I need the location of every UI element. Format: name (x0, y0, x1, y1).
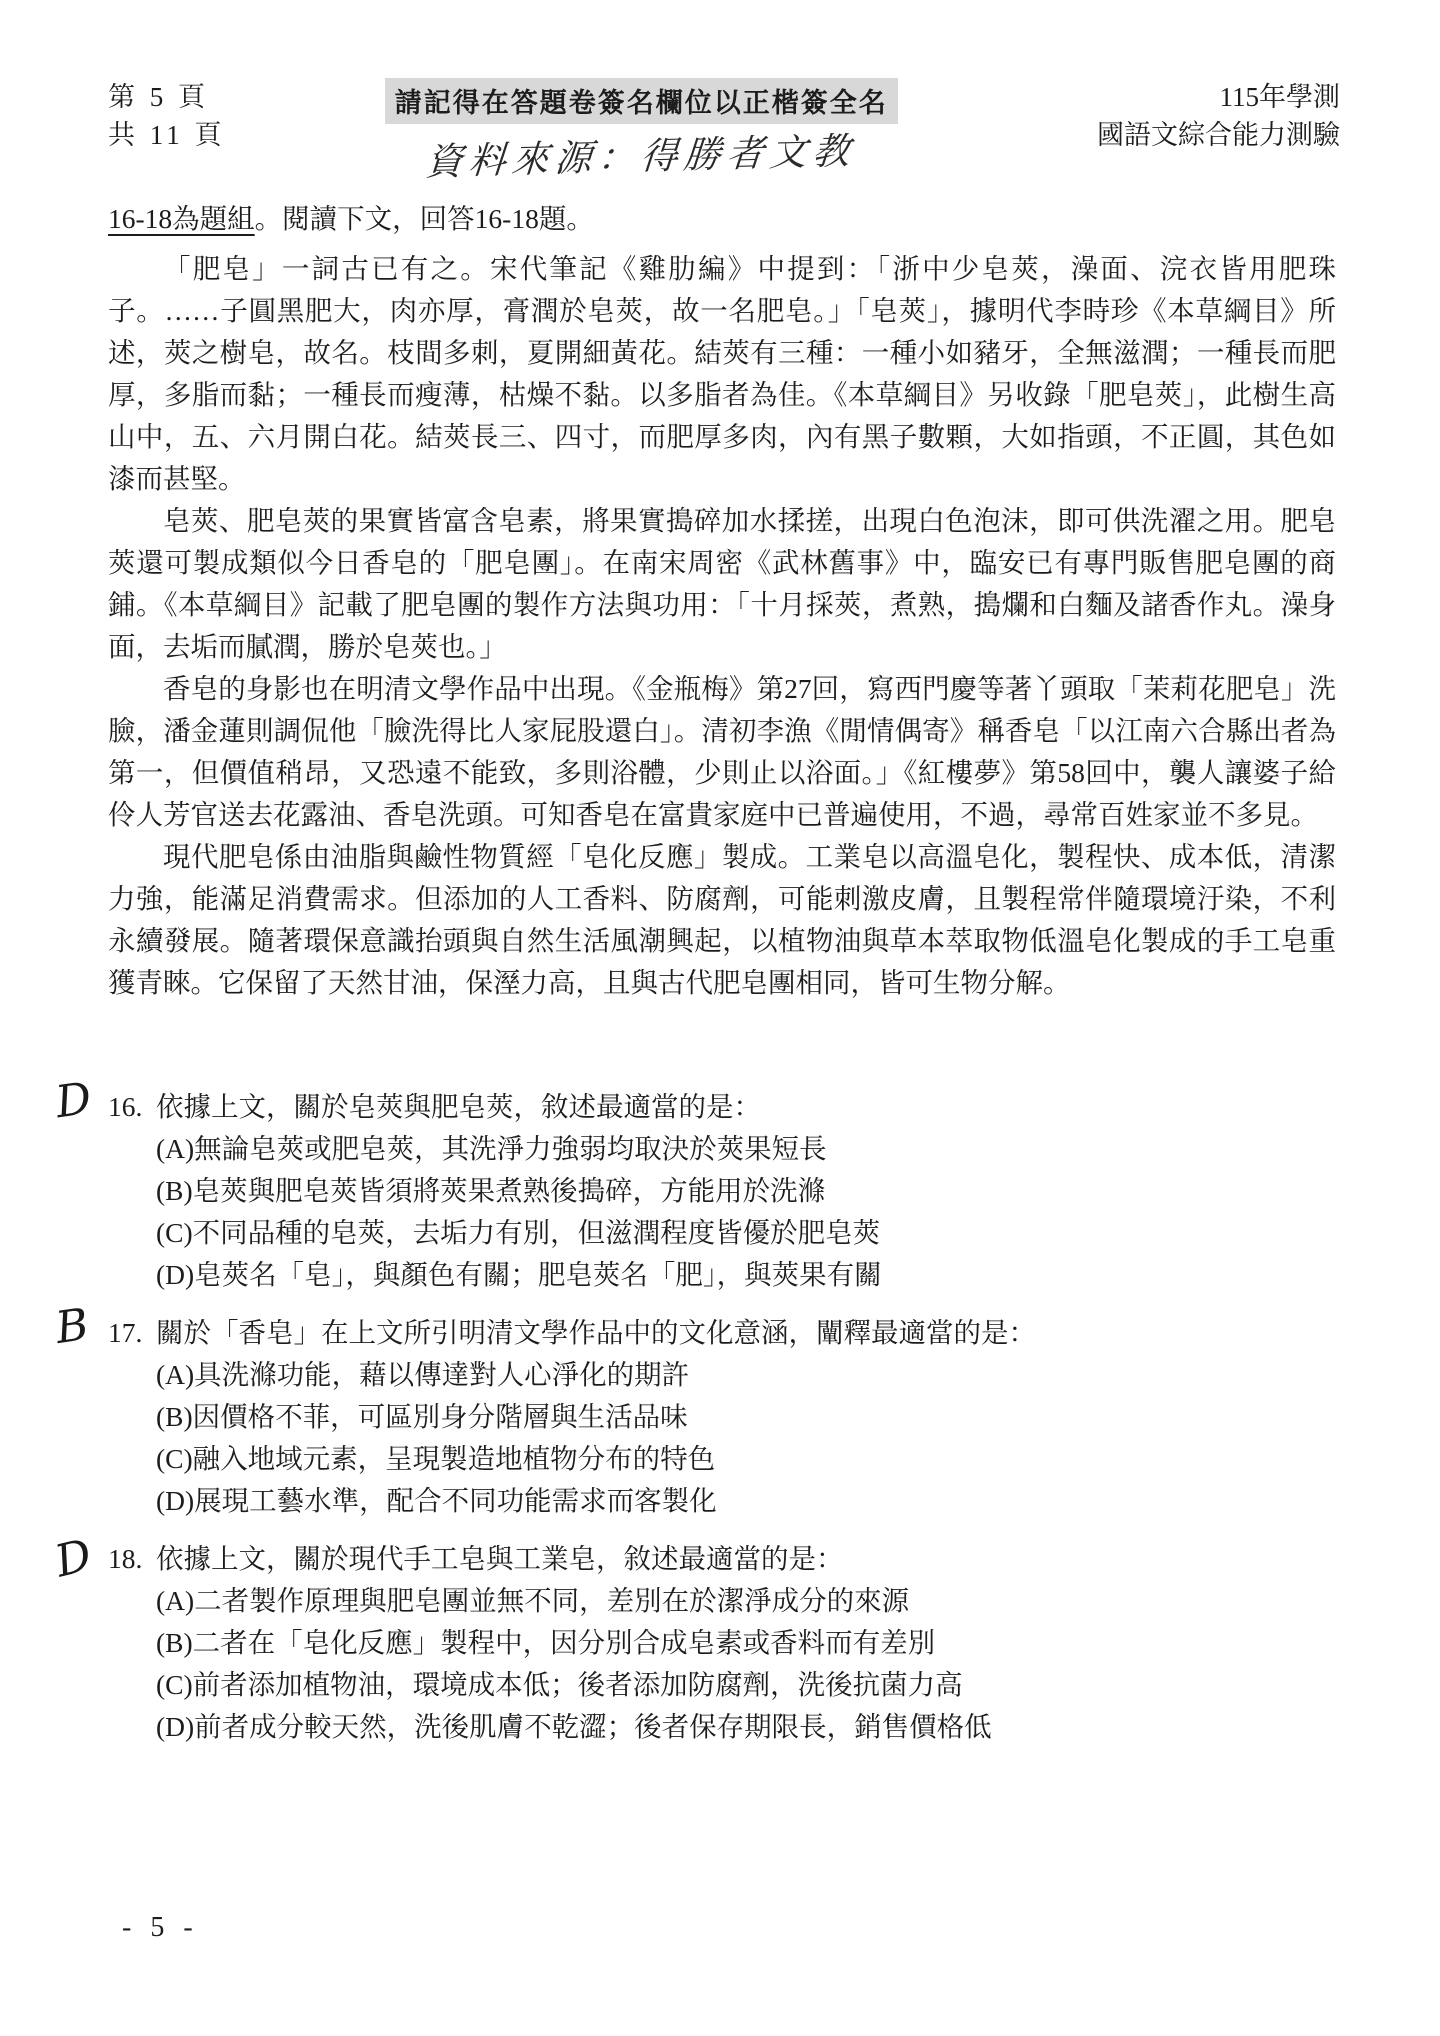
handwritten-answer-mark: D (53, 1078, 94, 1125)
question-stem-text: 依據上文，關於皂莢與肥皂莢，敘述最適當的是： (156, 1086, 761, 1128)
question-18: D 18. 依據上文，關於現代手工皂與工業皂，敘述最適當的是： (A)二者製作原… (108, 1538, 1348, 1748)
page-header: 第 5 頁 共 11 頁 請記得在答題卷簽名欄位以正楷簽全名 資料來源：得勝者文… (108, 78, 1340, 180)
question-stem-text: 關於「香皂」在上文所引明清文學作品中的文化意涵，闡釋最適當的是： (156, 1312, 1036, 1354)
question-stem: 18. 依據上文，關於現代手工皂與工業皂，敘述最適當的是： (108, 1538, 1348, 1580)
page-count-block: 第 5 頁 共 11 頁 (108, 78, 226, 154)
option-d: (D)前者成分較天然，洗後肌膚不乾澀；後者保存期限長，銷售價格低 (156, 1706, 1348, 1748)
passage-paragraph: 現代肥皂係由油脂與鹼性物質經「皂化反應」製成。工業皂以高溫皂化，製程快、成本低，… (108, 836, 1336, 1004)
question-16: D 16. 依據上文，關於皂莢與肥皂莢，敘述最適當的是： (A)無論皂莢或肥皂莢… (108, 1086, 1348, 1296)
signature-notice: 請記得在答題卷簽名欄位以正楷簽全名 (385, 78, 898, 124)
handwritten-answer-mark: B (53, 1304, 91, 1350)
total-pages-label: 共 11 頁 (108, 116, 226, 154)
option-c: (C)融入地域元素，呈現製造地植物分布的特色 (156, 1438, 1348, 1480)
question-number: 17. (108, 1312, 156, 1354)
options-list: (A)二者製作原理與肥皂團並無不同，差別在於潔淨成分的來源 (B)二者在「皂化反… (108, 1580, 1348, 1748)
option-b: (B)二者在「皂化反應」製程中，因分別合成皂素或香料而有差別 (156, 1622, 1348, 1664)
question-group-intro: 16-18為題組。閱讀下文，回答16-18題。 (108, 198, 1336, 240)
current-page-label: 第 5 頁 (108, 78, 226, 116)
passage-paragraph: 香皂的身影也在明清文學作品中出現。《金瓶梅》第27回，寫西門慶等著丫頭取「茉莉花… (108, 668, 1336, 836)
page-number-footer: - 5 - (122, 1912, 199, 1944)
header-center-block: 請記得在答題卷簽名欄位以正楷簽全名 資料來源：得勝者文教 (385, 78, 898, 180)
exam-title-block: 115年學測 國語文綜合能力測驗 (1097, 78, 1340, 154)
option-d: (D)展現工藝水準，配合不同功能需求而客製化 (156, 1480, 1348, 1522)
questions-section: D 16. 依據上文，關於皂莢與肥皂莢，敘述最適當的是： (A)無論皂莢或肥皂莢… (108, 1086, 1348, 1764)
option-d: (D)皂莢名「皂」，與顏色有關；肥皂莢名「肥」，與莢果有關 (156, 1254, 1348, 1296)
exam-year-label: 115年學測 (1097, 78, 1340, 116)
option-b: (B)皂莢與肥皂莢皆須將莢果煮熟後搗碎，方能用於洗滌 (156, 1170, 1348, 1212)
options-list: (A)具洗滌功能，藉以傳達對人心淨化的期許 (B)因價格不菲，可區別身分階層與生… (108, 1354, 1348, 1522)
option-a: (A)二者製作原理與肥皂團並無不同，差別在於潔淨成分的來源 (156, 1580, 1348, 1622)
question-17: B 17. 關於「香皂」在上文所引明清文學作品中的文化意涵，闡釋最適當的是： (… (108, 1312, 1348, 1522)
option-b: (B)因價格不菲，可區別身分階層與生活品味 (156, 1396, 1348, 1438)
options-list: (A)無論皂莢或肥皂莢，其洗淨力強弱均取決於莢果短長 (B)皂莢與肥皂莢皆須將莢… (108, 1128, 1348, 1296)
option-c: (C)不同品種的皂莢，去垢力有別，但滋潤程度皆優於肥皂莢 (156, 1212, 1348, 1254)
question-stem: 17. 關於「香皂」在上文所引明清文學作品中的文化意涵，闡釋最適當的是： (108, 1312, 1348, 1354)
question-stem: 16. 依據上文，關於皂莢與肥皂莢，敘述最適當的是： (108, 1086, 1348, 1128)
passage-section: 16-18為題組。閱讀下文，回答16-18題。 「肥皂」一詞古已有之。宋代筆記《… (108, 198, 1336, 1004)
exam-subject-label: 國語文綜合能力測驗 (1097, 116, 1340, 154)
question-stem-text: 依據上文，關於現代手工皂與工業皂，敘述最適當的是： (156, 1538, 844, 1580)
handwritten-source-note: 資料來源：得勝者文教 (424, 120, 858, 185)
question-number: 16. (108, 1086, 156, 1128)
option-c: (C)前者添加植物油，環境成本低；後者添加防腐劑，洗後抗菌力高 (156, 1664, 1348, 1706)
question-group-instruction: 。閱讀下文，回答16-18題。 (255, 203, 594, 234)
passage-paragraph: 「肥皂」一詞古已有之。宋代筆記《雞肋編》中提到：「浙中少皂莢，澡面、浣衣皆用肥珠… (108, 248, 1336, 500)
question-number: 18. (108, 1538, 156, 1580)
option-a: (A)無論皂莢或肥皂莢，其洗淨力強弱均取決於莢果短長 (156, 1128, 1348, 1170)
handwritten-answer-mark: D (51, 1534, 95, 1583)
option-a: (A)具洗滌功能，藉以傳達對人心淨化的期許 (156, 1354, 1348, 1396)
exam-page: 第 5 頁 共 11 頁 請記得在答題卷簽名欄位以正楷簽全名 資料來源：得勝者文… (0, 0, 1440, 2036)
passage-paragraph: 皂莢、肥皂莢的果實皆富含皂素，將果實搗碎加水揉搓，出現白色泡沫，即可供洗濯之用。… (108, 500, 1336, 668)
question-group-label: 16-18為題組 (108, 203, 255, 234)
